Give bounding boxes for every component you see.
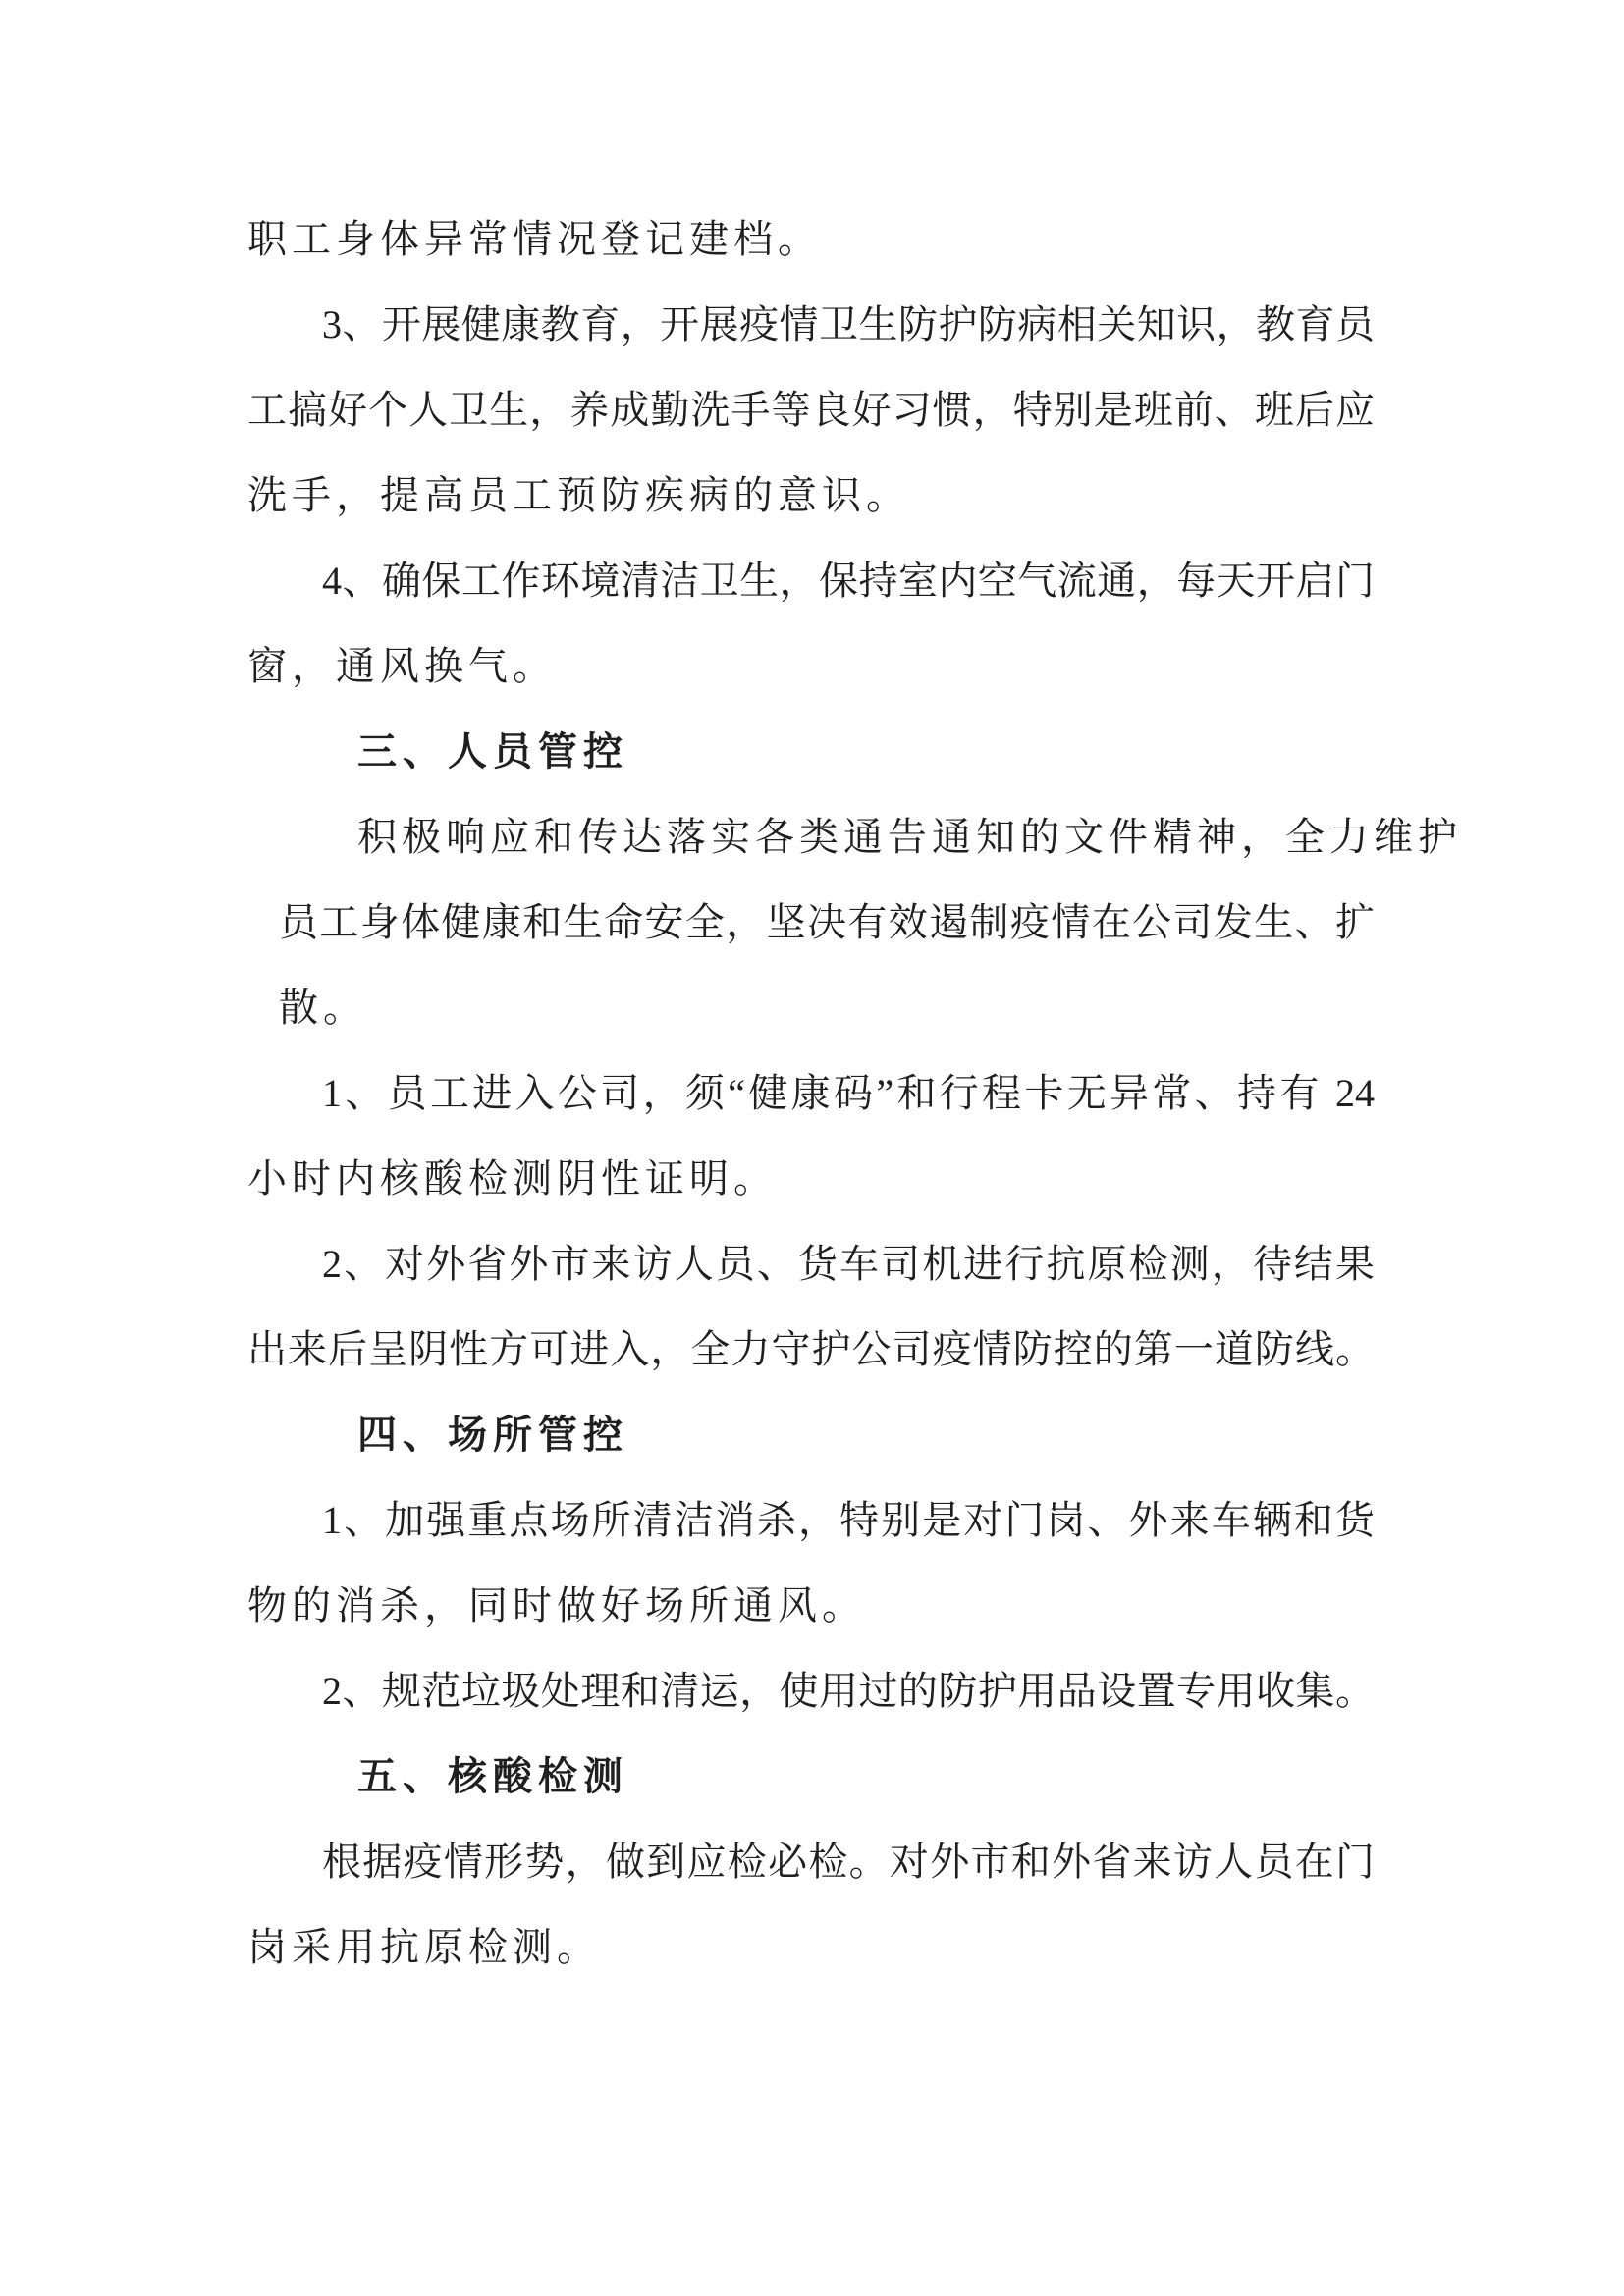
document-line: 2、规范垃圾处理和清运，使用过的防护用品设置专用收集。 (322, 1648, 1375, 1734)
document-line: 1、员工进入公司，须“健康码”和行程卡无异常、持有 24 (322, 1050, 1375, 1136)
document-line: 1、加强重点场所清洁消杀，特别是对门岗、外来车辆和货 (322, 1477, 1375, 1563)
document-text-block: 职工身体异常情况登记建档。 3、开展健康教育，开展疫情卫生防护防病相关知识，教育… (247, 196, 1375, 1990)
document-line: 根据疫情形势，做到应检必检。对外市和外省来访人员在门 (322, 1819, 1375, 1904)
document-line: 窗，通风换气。 (247, 623, 1375, 709)
document-line: 2、对外省外市来访人员、货车司机进行抗原检测，待结果 (322, 1221, 1375, 1307)
section-heading: 四、场所管控 (357, 1392, 1375, 1477)
document-line: 工搞好个人卫生，养成勤洗手等良好习惯，特别是班前、班后应 (247, 367, 1375, 453)
document-line: 小时内核酸检测阴性证明。 (247, 1136, 1375, 1221)
document-line: 物的消杀，同时做好场所通风。 (247, 1563, 1375, 1648)
document-line: 积极响应和传达落实各类通告通知的文件精神，全力维护 (357, 794, 1375, 880)
document-line: 职工身体异常情况登记建档。 (247, 196, 1375, 282)
document-line: 岗采用抗原检测。 (247, 1904, 1375, 1990)
document-page: 职工身体异常情况登记建档。 3、开展健康教育，开展疫情卫生防护防病相关知识，教育… (0, 0, 1624, 2296)
section-heading: 五、核酸检测 (357, 1734, 1375, 1819)
document-line: 洗手，提高员工预防疾病的意识。 (247, 453, 1375, 538)
document-line: 4、确保工作环境清洁卫生，保持室内空气流通，每天开启门 (322, 538, 1375, 623)
document-line: 散。 (279, 965, 1375, 1050)
document-line: 3、开展健康教育，开展疫情卫生防护防病相关知识，教育员 (322, 282, 1375, 367)
document-line: 出来后呈阴性方可进入，全力守护公司疫情防控的第一道防线。 (247, 1307, 1375, 1392)
section-heading: 三、人员管控 (357, 709, 1375, 794)
document-line: 员工身体健康和生命安全，坚决有效遏制疫情在公司发生、扩 (279, 880, 1375, 965)
